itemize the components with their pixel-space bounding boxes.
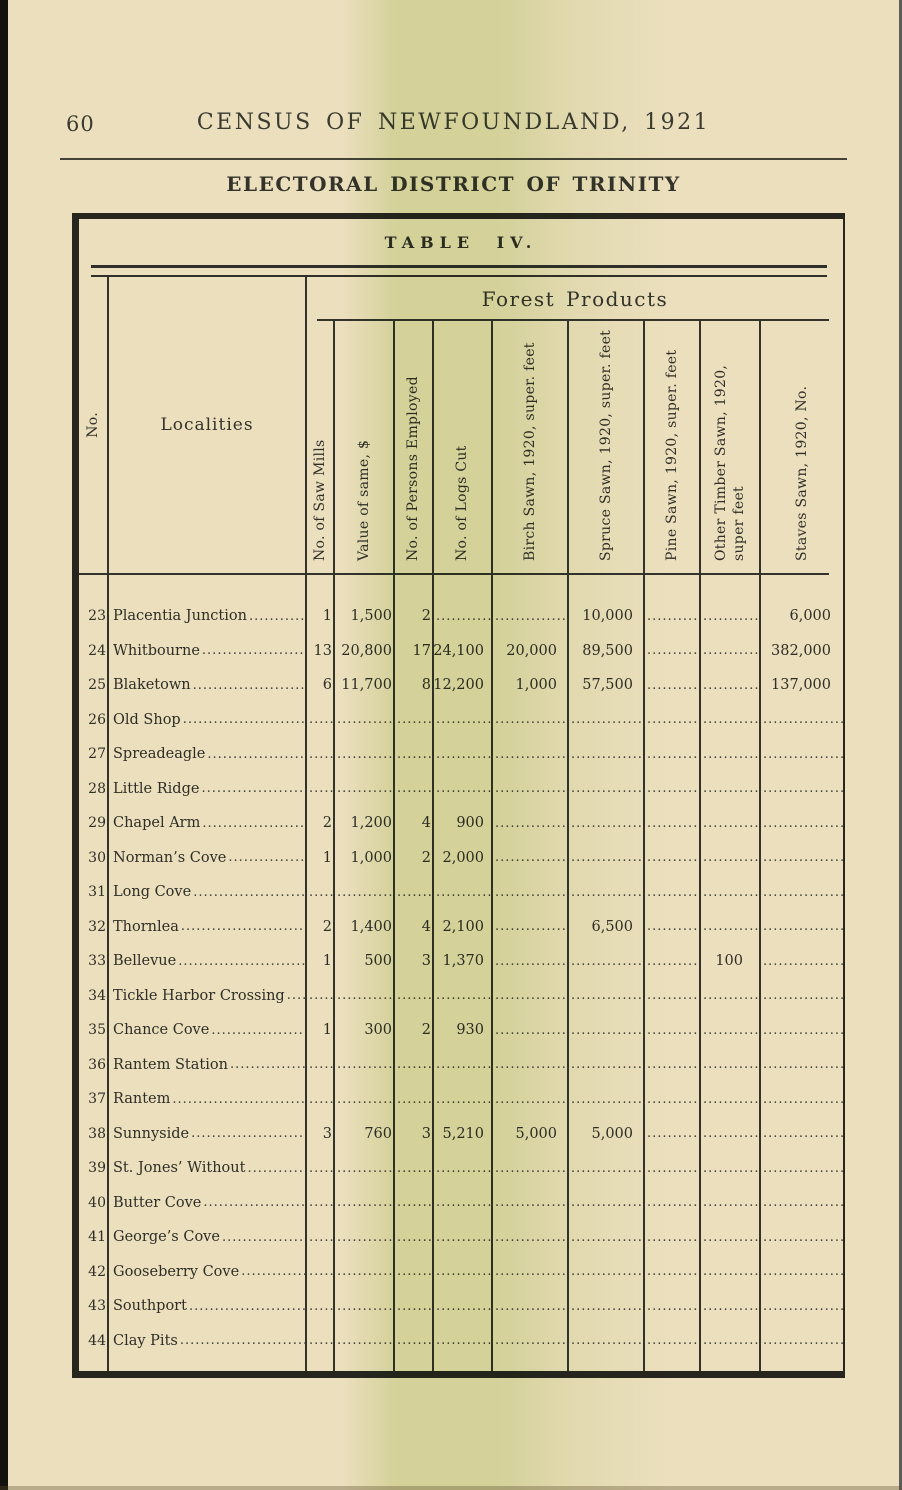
value-cell: 1,400 <box>335 910 395 945</box>
value-cell: ........................................… <box>335 979 395 1014</box>
col-header-value: Value of same, $ <box>335 321 395 573</box>
staves-sawn-cell: ........................................… <box>761 1186 843 1221</box>
spruce-sawn-cell: ........................................… <box>569 841 645 876</box>
other-timber-cell: ........................................… <box>701 910 761 945</box>
staves-sawn-cell: ........................................… <box>761 1324 843 1359</box>
spruce-sawn-cell: 6,500 <box>569 910 645 945</box>
saw-mills-cell: 1 <box>307 841 335 876</box>
spruce-sawn-cell: ........................................… <box>569 772 645 807</box>
saw-mills-cell: ........................................… <box>307 772 335 807</box>
other-timber-cell: ........................................… <box>701 1117 761 1152</box>
staves-sawn-cell: ........................................… <box>761 806 843 841</box>
logs-cut-cell: 24,100 <box>434 634 493 669</box>
row-number-cell: 26 <box>79 703 109 738</box>
double-rule <box>91 265 827 277</box>
locality-cell: Little Ridge............................… <box>109 772 307 807</box>
birch-sawn-cell: ........................................… <box>493 737 569 772</box>
col-header-persons-employed: No. of Persons Employed <box>395 321 434 573</box>
birch-sawn-cell: ........................................… <box>493 599 569 634</box>
staves-sawn-cell: ........................................… <box>761 737 843 772</box>
col-header-birch-sawn: Birch Sawn, 1920, super. feet <box>493 321 569 573</box>
saw-mills-cell: ........................................… <box>307 737 335 772</box>
saw-mills-cell: ........................................… <box>307 1324 335 1359</box>
staves-sawn-cell: ........................................… <box>761 944 843 979</box>
scanned-census-page: 60 CENSUS OF NEWFOUNDLAND, 1921 ELECTORA… <box>0 0 902 1490</box>
spruce-sawn-cell: 57,500 <box>569 668 645 703</box>
birch-sawn-cell: ........................................… <box>493 1220 569 1255</box>
other-timber-cell: ........................................… <box>701 703 761 738</box>
header-rule <box>60 158 847 160</box>
column-divider <box>491 575 493 1371</box>
persons-cell: ........................................… <box>395 1289 434 1324</box>
value-cell: 760 <box>335 1117 395 1152</box>
other-timber-cell: 100 <box>701 944 761 979</box>
pine-sawn-cell: ........................................… <box>645 1289 701 1324</box>
col-header-logs-cut: No. of Logs Cut <box>434 321 493 573</box>
saw-mills-cell: ........................................… <box>307 875 335 910</box>
staves-sawn-cell: ........................................… <box>761 841 843 876</box>
birch-sawn-cell: ........................................… <box>493 910 569 945</box>
col-header-localities: Localities <box>109 277 307 573</box>
locality-cell: Gooseberry Cove.........................… <box>109 1255 307 1290</box>
column-divider <box>759 575 761 1371</box>
group-header-forest-products: Forest Products <box>307 277 843 321</box>
locality-cell: Sunnyside...............................… <box>109 1117 307 1152</box>
row-number-cell: 29 <box>79 806 109 841</box>
birch-sawn-cell: ........................................… <box>493 875 569 910</box>
persons-cell: 3 <box>395 1117 434 1152</box>
birch-sawn-cell: ........................................… <box>493 1289 569 1324</box>
persons-cell: ........................................… <box>395 979 434 1014</box>
logs-cut-cell: ........................................… <box>434 1324 493 1359</box>
persons-cell: 8 <box>395 668 434 703</box>
persons-cell: 4 <box>395 910 434 945</box>
spruce-sawn-cell: 5,000 <box>569 1117 645 1152</box>
saw-mills-cell: ........................................… <box>307 1048 335 1083</box>
spruce-sawn-cell: ........................................… <box>569 1151 645 1186</box>
row-number-cell: 32 <box>79 910 109 945</box>
locality-cell: Clay Pits...............................… <box>109 1324 307 1359</box>
staves-sawn-cell: ........................................… <box>761 772 843 807</box>
saw-mills-cell: ........................................… <box>307 1220 335 1255</box>
logs-cut-cell: ........................................… <box>434 1255 493 1290</box>
column-divider <box>432 575 434 1371</box>
birch-sawn-cell: 5,000 <box>493 1117 569 1152</box>
value-cell: 1,500 <box>335 599 395 634</box>
column-divider <box>305 575 307 1371</box>
saw-mills-cell: ........................................… <box>307 1255 335 1290</box>
col-header-saw-mills: No. of Saw Mills <box>307 321 335 573</box>
row-number-cell: 34 <box>79 979 109 1014</box>
birch-sawn-cell: ........................................… <box>493 944 569 979</box>
value-cell: 1,000 <box>335 841 395 876</box>
birch-sawn-cell: ........................................… <box>493 841 569 876</box>
page-number: 60 <box>66 112 95 136</box>
pine-sawn-cell: ........................................… <box>645 806 701 841</box>
pine-sawn-cell: ........................................… <box>645 737 701 772</box>
persons-cell: ........................................… <box>395 1255 434 1290</box>
spruce-sawn-cell: ........................................… <box>569 1013 645 1048</box>
census-title: CENSUS OF NEWFOUNDLAND, 1921 <box>60 110 847 135</box>
locality-cell: Tickle Harbor Crossing..................… <box>109 979 307 1014</box>
pine-sawn-cell: ........................................… <box>645 1255 701 1290</box>
row-number-cell: 24 <box>79 634 109 669</box>
other-timber-cell: ........................................… <box>701 634 761 669</box>
staves-sawn-cell: ........................................… <box>761 1151 843 1186</box>
other-timber-cell: ........................................… <box>701 772 761 807</box>
persons-cell: ........................................… <box>395 1151 434 1186</box>
pine-sawn-cell: ........................................… <box>645 772 701 807</box>
row-number-cell: 23 <box>79 599 109 634</box>
locality-cell: Placentia Junction......................… <box>109 599 307 634</box>
column-divider <box>643 575 645 1371</box>
staves-sawn-cell: ........................................… <box>761 1117 843 1152</box>
spruce-sawn-cell: ........................................… <box>569 979 645 1014</box>
saw-mills-cell: 1 <box>307 599 335 634</box>
column-divider <box>393 575 395 1371</box>
pine-sawn-cell: ........................................… <box>645 944 701 979</box>
staves-sawn-cell: ........................................… <box>761 1082 843 1117</box>
col-header-pine-sawn: Pine Sawn, 1920, super. feet <box>645 321 701 573</box>
logs-cut-cell: ........................................… <box>434 1082 493 1117</box>
table-body: 23 Placentia Junction...................… <box>79 575 843 1371</box>
page-header: 60 CENSUS OF NEWFOUNDLAND, 1921 <box>60 110 847 135</box>
saw-mills-cell: 3 <box>307 1117 335 1152</box>
birch-sawn-cell: ........................................… <box>493 1082 569 1117</box>
pine-sawn-cell: ........................................… <box>645 634 701 669</box>
value-cell: ........................................… <box>335 703 395 738</box>
spruce-sawn-cell: ........................................… <box>569 1082 645 1117</box>
locality-cell: Norman’s Cove...........................… <box>109 841 307 876</box>
logs-cut-cell: ........................................… <box>434 1151 493 1186</box>
column-divider <box>567 575 569 1371</box>
value-cell: ........................................… <box>335 1082 395 1117</box>
spruce-sawn-cell: 10,000 <box>569 599 645 634</box>
value-cell: 20,800 <box>335 634 395 669</box>
logs-cut-cell: 2,100 <box>434 910 493 945</box>
column-divider <box>107 575 109 1371</box>
persons-cell: 17 <box>395 634 434 669</box>
row-number-cell: 44 <box>79 1324 109 1359</box>
pine-sawn-cell: ........................................… <box>645 1082 701 1117</box>
persons-cell: 2 <box>395 599 434 634</box>
persons-cell: ........................................… <box>395 703 434 738</box>
district-title: ELECTORAL DISTRICT OF TRINITY <box>60 172 847 196</box>
staves-sawn-cell: ........................................… <box>761 1048 843 1083</box>
scan-edge-left <box>0 0 8 1490</box>
logs-cut-cell: 900 <box>434 806 493 841</box>
value-cell: ........................................… <box>335 1255 395 1290</box>
birch-sawn-cell: ........................................… <box>493 703 569 738</box>
other-timber-cell: ........................................… <box>701 737 761 772</box>
pine-sawn-cell: ........................................… <box>645 841 701 876</box>
staves-sawn-cell: ........................................… <box>761 1255 843 1290</box>
locality-cell: Bellevue................................… <box>109 944 307 979</box>
row-number-cell: 27 <box>79 737 109 772</box>
logs-cut-cell: ........................................… <box>434 1048 493 1083</box>
staves-sawn-cell: ........................................… <box>761 979 843 1014</box>
row-number-cell: 36 <box>79 1048 109 1083</box>
saw-mills-cell: ........................................… <box>307 979 335 1014</box>
value-cell: 1,200 <box>335 806 395 841</box>
pine-sawn-cell: ........................................… <box>645 1048 701 1083</box>
value-cell: 500 <box>335 944 395 979</box>
logs-cut-cell: ........................................… <box>434 1289 493 1324</box>
scan-edge-bottom <box>0 1486 902 1490</box>
locality-cell: Southport...............................… <box>109 1289 307 1324</box>
birch-sawn-cell: 1,000 <box>493 668 569 703</box>
value-cell: ........................................… <box>335 1151 395 1186</box>
persons-cell: ........................................… <box>395 1324 434 1359</box>
staves-sawn-cell: 137,000 <box>761 668 843 703</box>
persons-cell: ........................................… <box>395 1220 434 1255</box>
row-number-cell: 33 <box>79 944 109 979</box>
staves-sawn-cell: 382,000 <box>761 634 843 669</box>
pine-sawn-cell: ........................................… <box>645 1186 701 1221</box>
locality-cell: Chapel Arm..............................… <box>109 806 307 841</box>
other-timber-cell: ........................................… <box>701 1048 761 1083</box>
pine-sawn-cell: ........................................… <box>645 1117 701 1152</box>
saw-mills-cell: ........................................… <box>307 703 335 738</box>
locality-cell: Whitbourne..............................… <box>109 634 307 669</box>
saw-mills-cell: ........................................… <box>307 1289 335 1324</box>
saw-mills-cell: ........................................… <box>307 1151 335 1186</box>
forest-products-table: TABLE IV. No. Localities Forest Products… <box>72 213 845 1378</box>
staves-sawn-cell: ........................................… <box>761 910 843 945</box>
pine-sawn-cell: ........................................… <box>645 703 701 738</box>
logs-cut-cell: ........................................… <box>434 772 493 807</box>
staves-sawn-cell: ........................................… <box>761 703 843 738</box>
locality-cell: George’s Cove...........................… <box>109 1220 307 1255</box>
row-number-cell: 42 <box>79 1255 109 1290</box>
row-number-cell: 39 <box>79 1151 109 1186</box>
birch-sawn-cell: 20,000 <box>493 634 569 669</box>
value-cell: ........................................… <box>335 772 395 807</box>
logs-cut-cell: 12,200 <box>434 668 493 703</box>
birch-sawn-cell: ........................................… <box>493 806 569 841</box>
logs-cut-cell: 5,210 <box>434 1117 493 1152</box>
row-number-cell: 41 <box>79 1220 109 1255</box>
logs-cut-cell: ........................................… <box>434 1220 493 1255</box>
other-timber-cell: ........................................… <box>701 979 761 1014</box>
value-cell: ........................................… <box>335 737 395 772</box>
col-header-spruce-sawn: Spruce Sawn, 1920, super. feet <box>569 321 645 573</box>
locality-cell: Old Shop................................… <box>109 703 307 738</box>
saw-mills-cell: 2 <box>307 806 335 841</box>
row-number-cell: 40 <box>79 1186 109 1221</box>
logs-cut-cell: ........................................… <box>434 599 493 634</box>
persons-cell: ........................................… <box>395 875 434 910</box>
locality-cell: Spreadeagle.............................… <box>109 737 307 772</box>
birch-sawn-cell: ........................................… <box>493 1013 569 1048</box>
persons-cell: ........................................… <box>395 1048 434 1083</box>
row-number-cell: 43 <box>79 1289 109 1324</box>
staves-sawn-cell: ........................................… <box>761 875 843 910</box>
other-timber-cell: ........................................… <box>701 875 761 910</box>
spruce-sawn-cell: ........................................… <box>569 703 645 738</box>
logs-cut-cell: ........................................… <box>434 979 493 1014</box>
staves-sawn-cell: ........................................… <box>761 1289 843 1324</box>
spruce-sawn-cell: ........................................… <box>569 1289 645 1324</box>
locality-cell: Rantem..................................… <box>109 1082 307 1117</box>
table-title: TABLE IV. <box>79 219 843 265</box>
birch-sawn-cell: ........................................… <box>493 1186 569 1221</box>
spruce-sawn-cell: ........................................… <box>569 1048 645 1083</box>
column-divider <box>333 575 335 1371</box>
birch-sawn-cell: ........................................… <box>493 772 569 807</box>
birch-sawn-cell: ........................................… <box>493 979 569 1014</box>
spruce-sawn-cell: ........................................… <box>569 737 645 772</box>
staves-sawn-cell: ........................................… <box>761 1220 843 1255</box>
other-timber-cell: ........................................… <box>701 1082 761 1117</box>
value-cell: ........................................… <box>335 1220 395 1255</box>
persons-cell: 2 <box>395 1013 434 1048</box>
col-header-other-timber-sawn: Other Timber Sawn, 1920, super feet <box>701 321 761 573</box>
staves-sawn-cell: 6,000 <box>761 599 843 634</box>
value-cell: ........................................… <box>335 875 395 910</box>
locality-cell: Butter Cove.............................… <box>109 1186 307 1221</box>
logs-cut-cell: ........................................… <box>434 875 493 910</box>
persons-cell: 2 <box>395 841 434 876</box>
pine-sawn-cell: ........................................… <box>645 875 701 910</box>
row-number-cell: 38 <box>79 1117 109 1152</box>
pine-sawn-cell: ........................................… <box>645 910 701 945</box>
persons-cell: ........................................… <box>395 1082 434 1117</box>
locality-cell: Long Cove...............................… <box>109 875 307 910</box>
other-timber-cell: ........................................… <box>701 1289 761 1324</box>
row-number-cell: 30 <box>79 841 109 876</box>
other-timber-cell: ........................................… <box>701 668 761 703</box>
pine-sawn-cell: ........................................… <box>645 1324 701 1359</box>
persons-cell: 3 <box>395 944 434 979</box>
other-timber-cell: ........................................… <box>701 1255 761 1290</box>
staves-sawn-cell: ........................................… <box>761 1013 843 1048</box>
spruce-sawn-cell: 89,500 <box>569 634 645 669</box>
pine-sawn-cell: ........................................… <box>645 599 701 634</box>
persons-cell: ........................................… <box>395 772 434 807</box>
row-number-cell: 31 <box>79 875 109 910</box>
spruce-sawn-cell: ........................................… <box>569 875 645 910</box>
other-timber-cell: ........................................… <box>701 1324 761 1359</box>
other-timber-cell: ........................................… <box>701 1013 761 1048</box>
pine-sawn-cell: ........................................… <box>645 1220 701 1255</box>
pine-sawn-cell: ........................................… <box>645 1013 701 1048</box>
spruce-sawn-cell: ........................................… <box>569 806 645 841</box>
other-timber-cell: ........................................… <box>701 599 761 634</box>
birch-sawn-cell: ........................................… <box>493 1255 569 1290</box>
logs-cut-cell: 930 <box>434 1013 493 1048</box>
pine-sawn-cell: ........................................… <box>645 668 701 703</box>
spruce-sawn-cell: ........................................… <box>569 1255 645 1290</box>
other-timber-cell: ........................................… <box>701 841 761 876</box>
spruce-sawn-cell: ........................................… <box>569 1186 645 1221</box>
value-cell: ........................................… <box>335 1048 395 1083</box>
persons-cell: ........................................… <box>395 1186 434 1221</box>
spruce-sawn-cell: ........................................… <box>569 1220 645 1255</box>
row-number-cell: 25 <box>79 668 109 703</box>
row-number-cell: 28 <box>79 772 109 807</box>
pine-sawn-cell: ........................................… <box>645 979 701 1014</box>
logs-cut-cell: ........................................… <box>434 737 493 772</box>
saw-mills-cell: 6 <box>307 668 335 703</box>
locality-cell: Blaketown...............................… <box>109 668 307 703</box>
value-cell: 300 <box>335 1013 395 1048</box>
saw-mills-cell: 1 <box>307 1013 335 1048</box>
value-cell: ........................................… <box>335 1186 395 1221</box>
locality-cell: Chance Cove.............................… <box>109 1013 307 1048</box>
logs-cut-cell: ........................................… <box>434 703 493 738</box>
value-cell: ........................................… <box>335 1324 395 1359</box>
persons-cell: ........................................… <box>395 737 434 772</box>
value-cell: 11,700 <box>335 668 395 703</box>
value-cell: ........................................… <box>335 1289 395 1324</box>
saw-mills-cell: ........................................… <box>307 1082 335 1117</box>
saw-mills-cell: 2 <box>307 910 335 945</box>
logs-cut-cell: ........................................… <box>434 1186 493 1221</box>
col-header-no: No. <box>79 277 109 573</box>
spruce-sawn-cell: ........................................… <box>569 944 645 979</box>
other-timber-cell: ........................................… <box>701 1186 761 1221</box>
persons-cell: 4 <box>395 806 434 841</box>
locality-cell: Thornlea................................… <box>109 910 307 945</box>
birch-sawn-cell: ........................................… <box>493 1324 569 1359</box>
birch-sawn-cell: ........................................… <box>493 1151 569 1186</box>
saw-mills-cell: ........................................… <box>307 1186 335 1221</box>
other-timber-cell: ........................................… <box>701 806 761 841</box>
saw-mills-cell: 1 <box>307 944 335 979</box>
other-timber-cell: ........................................… <box>701 1151 761 1186</box>
other-timber-cell: ........................................… <box>701 1220 761 1255</box>
saw-mills-cell: 13 <box>307 634 335 669</box>
table-header: No. Localities Forest Products No. of Sa… <box>79 277 843 573</box>
locality-cell: Rantem Station..........................… <box>109 1048 307 1083</box>
col-header-staves-sawn: Staves Sawn, 1920, No. <box>761 321 843 573</box>
row-number-cell: 37 <box>79 1082 109 1117</box>
birch-sawn-cell: ........................................… <box>493 1048 569 1083</box>
logs-cut-cell: 1,370 <box>434 944 493 979</box>
spruce-sawn-cell: ........................................… <box>569 1324 645 1359</box>
row-number-cell: 35 <box>79 1013 109 1048</box>
locality-cell: St. Jones’ Without......................… <box>109 1151 307 1186</box>
pine-sawn-cell: ........................................… <box>645 1151 701 1186</box>
logs-cut-cell: 2,000 <box>434 841 493 876</box>
column-divider <box>699 575 701 1371</box>
